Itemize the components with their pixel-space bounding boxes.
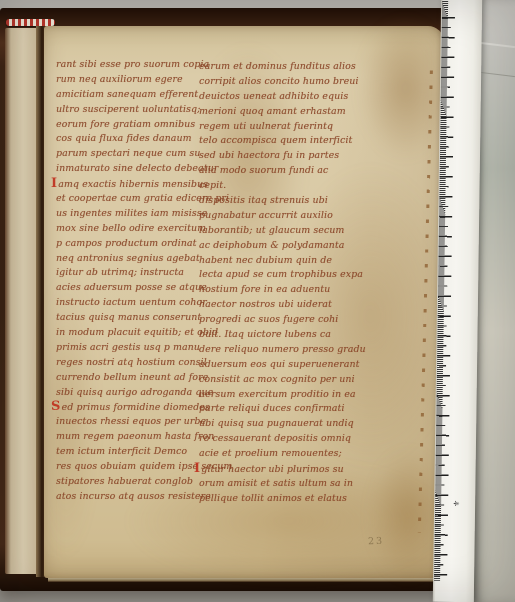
line-text: ubi quisq sua pugnauerat undiq xyxy=(199,418,354,429)
line-text: progredi ac suos fugere cohi xyxy=(199,314,338,325)
text-line: instructo iactum uentum cohor xyxy=(56,296,206,311)
measuring-ruler: ⚜ xyxy=(433,0,482,602)
text-line: ac deiphobum & polydamanta xyxy=(199,239,349,254)
line-text: orum amisit et satis ultum sa in xyxy=(199,478,353,489)
parchment-stain xyxy=(360,18,450,158)
line-text: primis acri gestis usq p manu xyxy=(56,342,200,353)
text-line: corripit alios concito humo breui xyxy=(199,75,349,90)
text-line: p campos productum ordinat xyxy=(56,237,206,252)
line-text: currendo bellum ineunt ad fore xyxy=(56,372,208,383)
text-line: et coopertae cum gratia edicere pri xyxy=(56,192,206,207)
line-text: neq antronius segnius agebat xyxy=(56,253,200,264)
line-text: hostium fore in ea aduentu xyxy=(199,284,330,295)
line-text: pellique tollit animos et elatus xyxy=(199,493,347,504)
text-line: alia modo suorum fundi ac xyxy=(199,164,349,179)
text-line: dere reliquo numero presso gradu xyxy=(199,343,349,358)
text-line: buit. Itaq uictore lubens ca xyxy=(199,328,349,343)
line-text: mox sine bello odire exercitum xyxy=(56,223,206,234)
text-line: habent nec dubium quin de xyxy=(199,254,349,269)
text-line: stipatores habuerat conglob xyxy=(56,475,206,490)
manuscript-photo: rant sibi esse pro suorum copia rum neq … xyxy=(0,0,515,602)
text-line: Igitur haector ubi plurimos su xyxy=(199,462,349,477)
ruler-maker-mark: ⚜ xyxy=(452,500,461,507)
line-text: deuictos ueneat adhibito equis xyxy=(199,91,348,102)
text-line: neq antronius segnius agebat xyxy=(56,252,206,267)
text-line: tem ictum interficit Demco xyxy=(56,445,206,460)
text-line: tacius quisq manus conserunt xyxy=(56,311,206,326)
line-text: inmaturato sine delecto debeatur xyxy=(56,163,218,174)
line-text: ed primus formidine diomedes xyxy=(62,402,210,413)
line-text: instructo iactum uentum cohor xyxy=(56,297,207,308)
line-text: tacius quisq manus conserunt xyxy=(56,312,201,323)
text-line: currendo bellum ineunt ad fore xyxy=(56,371,206,386)
line-text: acie et proelium remouentes; xyxy=(199,448,342,459)
line-text: alia modo suorum fundi ac xyxy=(199,165,328,176)
text-line: sed ubi haectora fu in partes xyxy=(199,149,349,164)
line-text: haector nostros ubi uiderat xyxy=(199,299,332,310)
text-line: in modum placuit equitib; et obid xyxy=(56,326,206,341)
text-line: rant sibi esse pro suorum copia xyxy=(56,58,206,73)
text-line: parum spectari neque cum su xyxy=(56,147,206,162)
line-text: inuectos rhessi equos per urbe xyxy=(56,416,206,427)
text-line: haector nostros ubi uiderat xyxy=(199,298,349,313)
line-text: ro cessauerant depositis omniq xyxy=(199,433,351,444)
line-text: mum regem paeonum hasta fron xyxy=(56,431,214,442)
text-line: Sed primus formidine diomedes xyxy=(56,400,206,415)
text-line: pugnabatur accurrit auxilio xyxy=(199,209,349,224)
text-line: earum et dominus funditus alios xyxy=(199,60,349,75)
text-line: ro cessauerant depositis omniq xyxy=(199,432,349,447)
line-text: cos quia fluxa fides danaum xyxy=(56,133,192,144)
line-text: ultro susciperent uoluntatisq; xyxy=(56,104,200,115)
line-text: igitur ab utrimq; instructa xyxy=(56,267,184,278)
line-text: us ingentes milites iam misisse xyxy=(56,208,207,219)
line-text: habent nec dubium quin de xyxy=(199,255,332,266)
pricking-holes xyxy=(418,59,433,533)
text-line: inuectos rhessi equos per urbe xyxy=(56,415,206,430)
line-text: parum spectari neque cum su xyxy=(56,148,200,159)
endband-red-white xyxy=(6,19,55,26)
text-line: rum neq auxiliorum egere xyxy=(56,73,206,88)
line-text: stipatores habuerat conglob xyxy=(56,476,193,487)
line-text: regem uti uulnerat fuerintq xyxy=(199,121,333,132)
line-text: amicitiam sanequam efferent xyxy=(56,89,198,100)
text-line: Iamq exactis hibernis mensibus xyxy=(56,177,206,192)
line-text: pugnabatur accurrit auxilio xyxy=(199,210,333,221)
text-line: lecta apud se cum trophibus expa xyxy=(199,268,349,283)
text-line: acies aduersum posse se atque xyxy=(56,281,206,296)
line-text: sed ubi haectora fu in partes xyxy=(199,150,339,161)
text-line: ubi quisq sua pugnauerat undiq xyxy=(199,417,349,432)
rubric-initial: S xyxy=(51,399,62,414)
text-line: cepit. xyxy=(199,179,349,194)
text-line: regem uti uulnerat fuerintq xyxy=(199,120,349,135)
text-line: hostium fore in ea aduentu xyxy=(199,283,349,298)
line-text: aduersum eos qui superuenerant xyxy=(199,359,360,370)
line-text: reges nostri atq hostium consil xyxy=(56,357,207,368)
text-line: cos quia fluxa fides danaum xyxy=(56,132,206,147)
line-text: earum et dominus funditus alios xyxy=(199,61,356,72)
line-text: telo accompisca quem interficit xyxy=(199,135,352,146)
folio-number: 23 xyxy=(368,536,384,548)
line-text: consistit ac mox cognito per uni xyxy=(199,374,355,385)
line-text: lecta apud se cum trophibus expa xyxy=(199,269,363,280)
text-line: consistit ac mox cognito per uni xyxy=(199,373,349,388)
line-text: amq exactis hibernis mensibus xyxy=(58,179,208,190)
line-text: laborantib; ut glaucum secum xyxy=(199,225,344,236)
text-line: amicitiam sanequam efferent xyxy=(56,88,206,103)
line-text: merioni quoq amant erhastam xyxy=(199,106,346,117)
text-line: atos incurso atq ausos resistere xyxy=(56,490,206,505)
text-line: uersum exercitum proditio in ea xyxy=(199,388,349,403)
ruler-number-scale xyxy=(433,8,482,585)
text-line: primis acri gestis usq p manu xyxy=(56,341,206,356)
text-line: inmaturato sine delecto debeatur xyxy=(56,162,206,177)
line-text: dere reliquo numero presso gradu xyxy=(199,344,366,355)
line-text: corripit alios concito humo breui xyxy=(199,76,359,87)
text-column-left: rant sibi esse pro suorum copia rum neq … xyxy=(56,58,206,505)
text-line: us ingentes milites iam misisse xyxy=(56,207,206,222)
ruler-number xyxy=(443,554,463,595)
text-line: progredi ac suos fugere cohi xyxy=(199,313,349,328)
line-text: ac deiphobum & polydamanta xyxy=(199,240,344,251)
line-text: atos incurso atq ausos resistere xyxy=(56,491,211,502)
text-line: ultro susciperent uoluntatisq; xyxy=(56,103,206,118)
text-line: eorum fore gratiam omnibus xyxy=(56,118,206,133)
text-line: sibi quisq aurigo adroganda que xyxy=(56,386,206,401)
line-text: sibi quisq aurigo adroganda que xyxy=(56,387,213,398)
text-line: acie et proelium remouentes; xyxy=(199,447,349,462)
line-text: dispositis itaq strenuis ubi xyxy=(199,195,328,206)
text-line: mox sine bello odire exercitum xyxy=(56,222,206,237)
line-text: rant sibi esse pro suorum copia xyxy=(56,59,209,70)
line-text: rum neq auxiliorum egere xyxy=(56,74,183,85)
text-line: mum regem paeonum hasta fron xyxy=(56,430,206,445)
line-text: gitur haector ubi plurimos su xyxy=(201,464,343,475)
line-text: in modum placuit equitib; et obid xyxy=(56,327,218,338)
line-text: cepit. xyxy=(199,180,226,191)
text-line: pellique tollit animos et elatus xyxy=(199,492,349,507)
line-text: buit. Itaq uictore lubens ca xyxy=(199,329,331,340)
facing-page-edge xyxy=(5,28,38,574)
text-line: reges nostri atq hostium consil xyxy=(56,356,206,371)
text-line: aduersum eos qui superuenerant xyxy=(199,358,349,373)
line-text: p campos productum ordinat xyxy=(56,238,197,249)
text-line: laborantib; ut glaucum secum xyxy=(199,224,349,239)
text-line: merioni quoq amant erhastam xyxy=(199,105,349,120)
text-line: orum amisit et satis ultum sa in xyxy=(199,477,349,492)
line-text: acies aduersum posse se atque xyxy=(56,282,207,293)
line-text: tem ictum interficit Demco xyxy=(56,446,187,457)
text-line: parte reliqui duces confirmati xyxy=(199,402,349,417)
text-line: igitur ab utrimq; instructa xyxy=(56,266,206,281)
text-line: dispositis itaq strenuis ubi xyxy=(199,194,349,209)
text-column-right: earum et dominus funditus alios corripit… xyxy=(199,60,349,507)
line-text: parte reliqui duces confirmati xyxy=(199,403,344,414)
line-text: eorum fore gratiam omnibus xyxy=(56,119,195,130)
text-line: res quos obuiam quidem ipse secum xyxy=(56,460,206,475)
line-text: uersum exercitum proditio in ea xyxy=(199,389,356,400)
text-line: telo accompisca quem interficit xyxy=(199,134,349,149)
text-line: deuictos ueneat adhibito equis xyxy=(199,90,349,105)
parchment-page: rant sibi esse pro suorum copia rum neq … xyxy=(44,26,444,578)
